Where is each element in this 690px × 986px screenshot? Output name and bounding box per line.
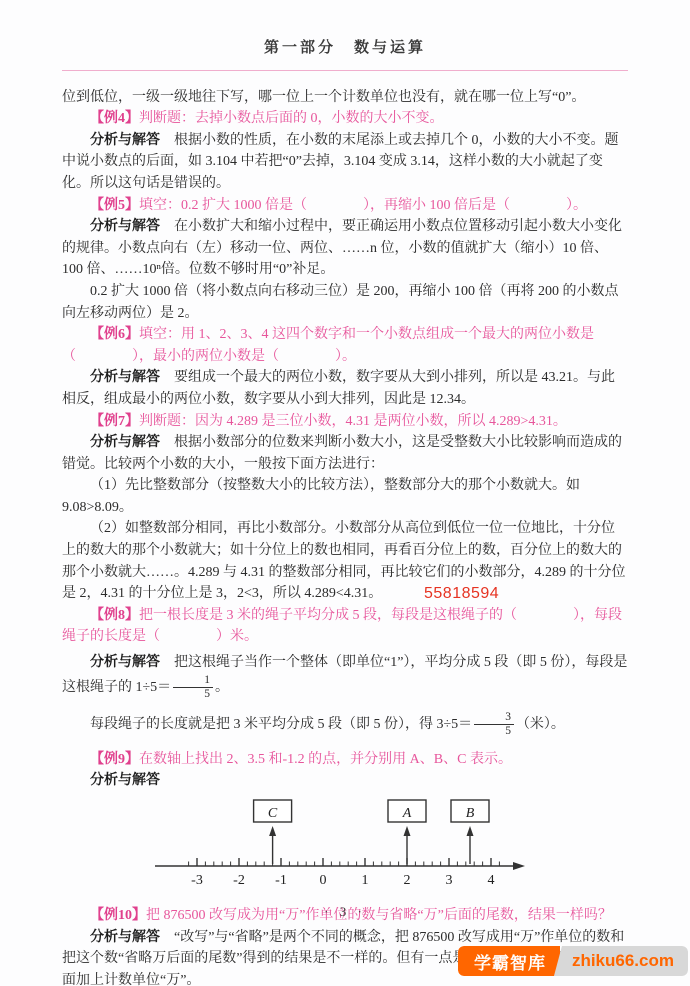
- number-line-axis: -3-2-101234CAB: [145, 798, 545, 896]
- page-content: 第一部分 数与运算 位到低位，一级一级地往下写，哪一位上一个计数单位也没有，就在…: [62, 38, 628, 986]
- intro-paragraph: 位到低位，一级一级地往下写，哪一位上一个计数单位也没有，就在哪一位上写“0”。: [62, 87, 628, 109]
- example9-analysis-heading: 分析与解答: [62, 770, 628, 792]
- example8-label: 【例8】: [90, 608, 139, 623]
- fraction-one-fifth: 15: [173, 674, 213, 701]
- example4-prompt: 【例4】判断题：去掉小数点后面的 0，小数的大小不变。: [62, 108, 628, 130]
- svg-text:A: A: [402, 806, 412, 821]
- header-rule: [62, 70, 628, 71]
- analysis-label: 分析与解答: [90, 370, 160, 385]
- number-line-figure: -3-2-101234CAB: [62, 798, 628, 904]
- example6-analysis: 分析与解答要组成一个最大的两位小数，数字要从大到小排列，所以是 43.21。与此…: [62, 367, 628, 410]
- svg-text:-1: -1: [275, 873, 287, 888]
- example7-label: 【例7】: [90, 414, 139, 429]
- svg-text:2: 2: [404, 873, 411, 888]
- svg-text:1: 1: [362, 873, 369, 888]
- textbook-page: 第一部分 数与运算 位到低位，一级一级地往下写，哪一位上一个计数单位也没有，就在…: [0, 0, 690, 986]
- example5-solution: 0.2 扩大 1000 倍（将小数点向右移动三位）是 200，再缩小 100 倍…: [62, 281, 628, 324]
- chapter-title: 第一部分 数与运算: [264, 38, 426, 70]
- page-header: 第一部分 数与运算: [62, 38, 628, 70]
- example8-analysis: 分析与解答把这根绳子当作一个整体（即单位“1”），平均分成 5 段（即 5 份）…: [62, 652, 628, 701]
- watermark-number: 55818594: [424, 585, 499, 603]
- svg-text:0: 0: [320, 873, 327, 888]
- analysis-label: 分析与解答: [90, 435, 160, 450]
- fraction-three-fifths: 35: [474, 711, 514, 738]
- svg-text:3: 3: [446, 873, 453, 888]
- analysis-label: 分析与解答: [90, 655, 160, 670]
- example7-prompt: 【例7】判断题：因为 4.289 是三位小数，4.31 是两位小数，所以 4.2…: [62, 411, 628, 433]
- svg-text:C: C: [268, 806, 278, 821]
- example5-analysis: 分析与解答在小数扩大和缩小过程中，要正确运用小数点位置移动引起小数大小变化的规律…: [62, 216, 628, 281]
- example6-prompt: 【例6】填空：用 1、2、3、4 这四个数字和一个小数点组成一个最大的两位小数是…: [62, 324, 628, 367]
- svg-text:B: B: [466, 806, 475, 821]
- svg-text:-3: -3: [191, 873, 203, 888]
- example5-prompt: 【例5】填空：0.2 扩大 1000 倍是（ ），再缩小 100 倍后是（ ）。: [62, 195, 628, 217]
- analysis-label: 分析与解答: [90, 133, 160, 148]
- example8-solution: 每段绳子的长度就是把 3 米平均分成 5 段（即 5 份），得 3÷5＝35（米…: [62, 711, 628, 738]
- svg-text:4: 4: [488, 873, 495, 888]
- example5-label: 【例5】: [90, 198, 139, 213]
- example4-label: 【例4】: [90, 111, 139, 126]
- svg-text:-2: -2: [233, 873, 245, 888]
- example7-analysis: 分析与解答根据小数部分的位数来判断小数大小，这是受整数大小比较影响而造成的错觉。…: [62, 432, 628, 475]
- analysis-label: 分析与解答: [90, 219, 160, 234]
- example9-prompt: 【例9】在数轴上找出 2、3.5 和-1.2 的点，并分别用 A、B、C 表示。: [62, 749, 628, 771]
- example7-method-1: （1）先比整数部分（按整数大小的比较方法），整数部分大的那个小数就大。如 9.0…: [62, 475, 628, 518]
- logo-brand-badge: 学霸智库: [458, 946, 560, 976]
- example4-analysis: 分析与解答根据小数的性质，在小数的末尾添上或去掉几个 0，小数的大小不变。题中说…: [62, 130, 628, 195]
- example7-method-2: （2）如整数部分相同，再比小数部分。小数部分从高位到低位一位一位地比，十分位上的…: [62, 518, 628, 604]
- logo-site-badge: zhiku66.com: [554, 946, 688, 976]
- example6-label: 【例6】: [90, 327, 139, 342]
- example8-prompt: 【例8】把一根长度是 3 米的绳子平均分成 5 段，每段是这根绳子的（ ），每段…: [62, 605, 628, 648]
- analysis-label: 分析与解答: [90, 773, 160, 788]
- zhiku66-logo: 学霸智库 zhiku66.com: [458, 946, 688, 976]
- example9-label: 【例9】: [90, 752, 139, 767]
- analysis-label: 分析与解答: [90, 930, 160, 945]
- page-number: · 3 ·: [0, 904, 690, 920]
